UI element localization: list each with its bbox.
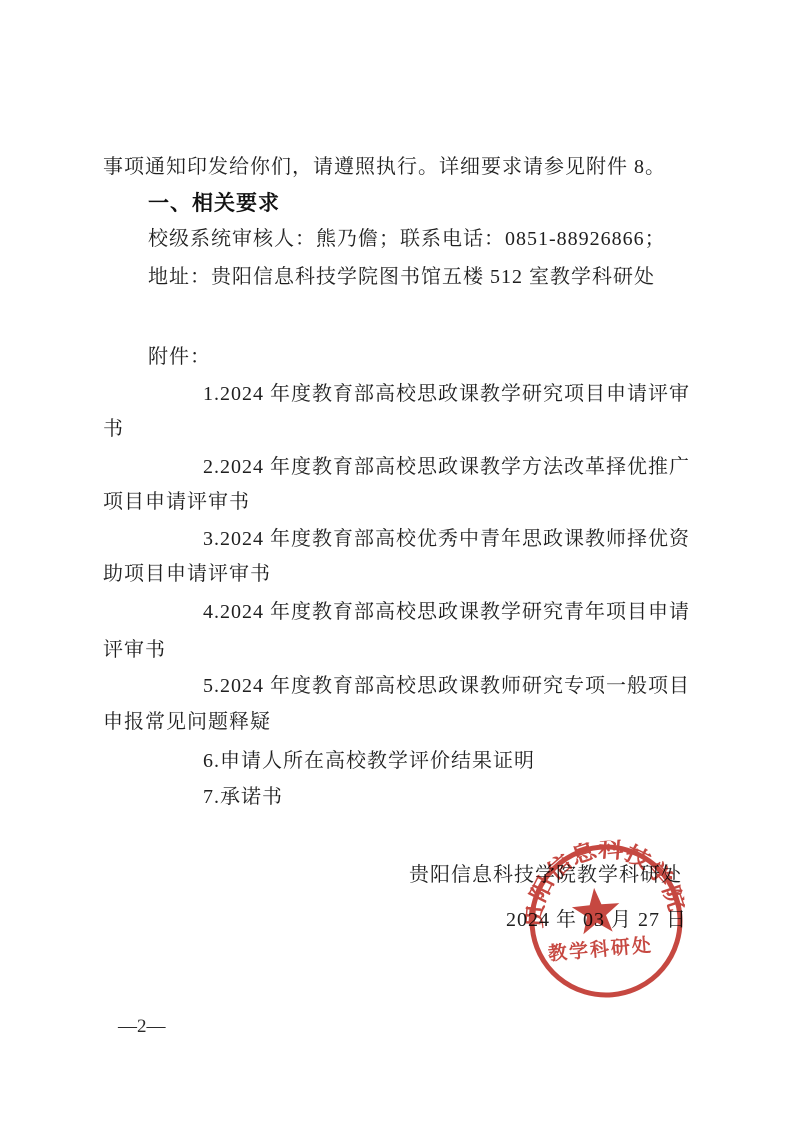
attachment-1-line-1: 1.2024 年度教育部高校思政课教学研究项目申请评审	[203, 380, 690, 408]
attachment-4-line-1: 4.2024 年度教育部高校思政课教学研究青年项目申请	[203, 598, 690, 626]
attachment-3-line-2: 助项目申请评审书	[103, 560, 271, 588]
page-number: —2—	[118, 1016, 166, 1038]
attachment-5-line-1: 5.2024 年度教育部高校思政课教师研究专项一般项目	[203, 672, 690, 700]
section-heading: 一、相关要求	[148, 190, 280, 218]
attachments-label: 附件：	[148, 343, 211, 371]
attachment-2-line-1: 2.2024 年度教育部高校思政课教学方法改革择优推广	[203, 453, 690, 481]
attachment-4-line-2: 评审书	[103, 636, 166, 664]
issuer-signature: 贵阳信息科技学院教学科研处	[409, 861, 682, 889]
issue-date: 2024 年 03 月 27 日	[506, 906, 687, 934]
attachment-3-line-1: 3.2024 年度教育部高校优秀中青年思政课教师择优资	[203, 525, 690, 553]
reviewer-contact-line: 校级系统审核人：熊乃儋；联系电话：0851-88926866；	[148, 225, 666, 253]
attachment-6-line: 6.申请人所在高校教学评价结果证明	[203, 747, 535, 775]
attachment-1-line-2: 书	[103, 415, 124, 443]
seal-bottom-text: 教学科研处	[547, 933, 654, 965]
attachment-5-line-2: 申报常见问题释疑	[103, 708, 271, 736]
intro-text: 事项通知印发给你们，请遵照执行。详细要求请参见附件 8。	[103, 153, 666, 181]
document-page: 事项通知印发给你们，请遵照执行。详细要求请参见附件 8。 一、相关要求 校级系统…	[0, 0, 793, 1122]
attachment-2-line-2: 项目申请评审书	[103, 488, 250, 516]
address-line: 地址：贵阳信息科技学院图书馆五楼 512 室教学科研处	[148, 263, 655, 291]
attachment-7-line: 7.承诺书	[203, 783, 283, 811]
